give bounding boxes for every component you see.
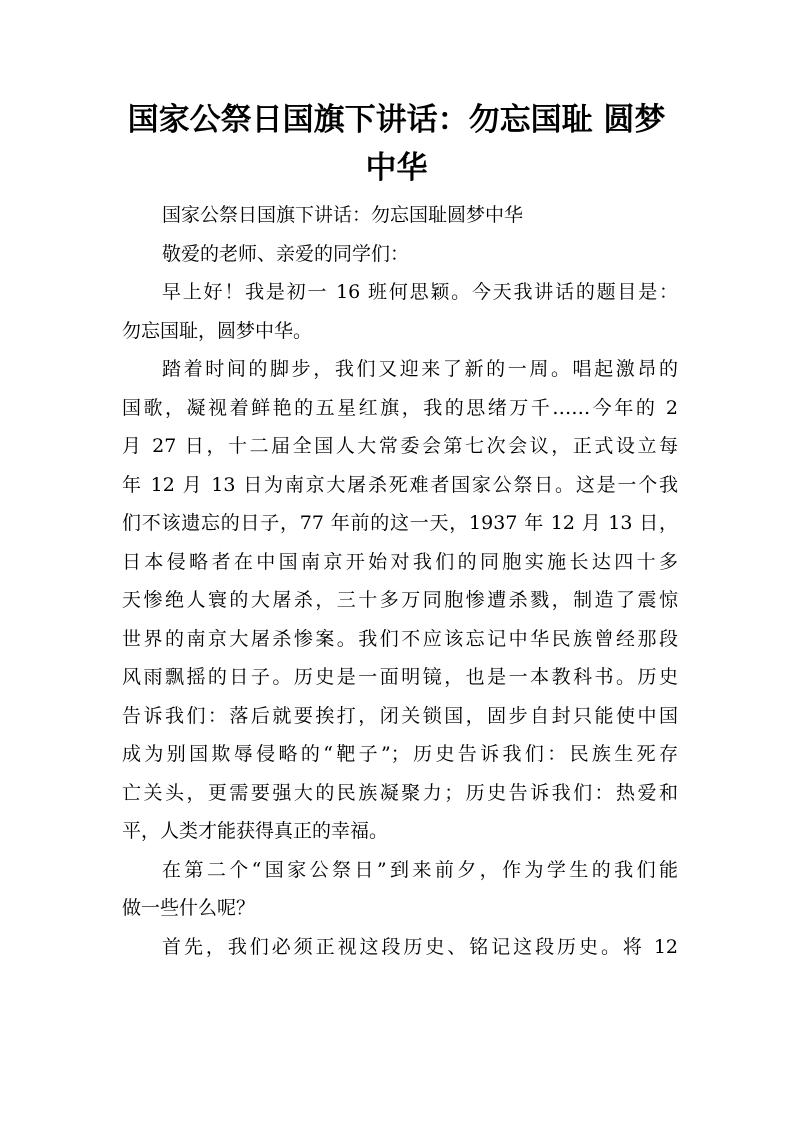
paragraph-salutation: 敬爱的老师、亲爱的同学们： [122,235,678,274]
document-title: 国家公祭日国旗下讲话：勿忘国耻 圆梦 中华 [100,96,693,192]
text-line: 天惨绝人寰的大屠杀，三十多万同胞惨遭杀戮，制造了震惊 [122,581,678,620]
paragraph-greeting: 早上好！我是初一 16 班何思颖。今天我讲话的题目是： 勿忘国耻，圆梦中华。 [122,273,678,350]
text-line: 成为别国欺辱侵略的“靶子”；历史告诉我们：民族生死存 [122,735,678,774]
document-page: 国家公祭日国旗下讲话：勿忘国耻 圆梦 中华 国家公祭日国旗下讲话：勿忘国耻圆梦中… [0,0,793,1122]
title-line: 国家公祭日国旗下讲话：勿忘国耻 圆梦 [100,96,693,144]
text-line: 告诉我们：落后就要挨打，闭关锁国，固步自封只能使中国 [122,697,678,736]
document-body: 国家公祭日国旗下讲话：勿忘国耻圆梦中华 敬爱的老师、亲爱的同学们： 早上好！我是… [122,196,678,966]
text-line: 世界的南京大屠杀惨案。我们不应该忘记中华民族曾经那段 [122,620,678,659]
text-line: 敬爱的老师、亲爱的同学们： [122,235,678,274]
text-line: 风雨飘摇的日子。历史是一面明镜，也是一本教科书。历史 [122,658,678,697]
text-line: 首先，我们必须正视这段历史、铭记这段历史。将 12 [122,928,678,967]
paragraph-history: 踏着时间的脚步，我们又迎来了新的一周。唱起激昂的 国歌，凝视着鲜艳的五星红旗，我… [122,350,678,851]
text-line: 月 27 日，十二届全国人大常委会第七次会议，正式设立每 [122,427,678,466]
text-line: 国家公祭日国旗下讲话：勿忘国耻圆梦中华 [122,196,678,235]
text-line: 勿忘国耻，圆梦中华。 [122,312,678,351]
paragraph-question: 在第二个“国家公祭日”到来前夕，作为学生的我们能 做一些什么呢？ [122,851,678,928]
text-line: 亡关头，更需要强大的民族凝聚力；历史告诉我们：热爱和 [122,774,678,813]
text-line: 踏着时间的脚步，我们又迎来了新的一周。唱起激昂的 [122,350,678,389]
text-line: 国歌，凝视着鲜艳的五星红旗，我的思绪万千……今年的 2 [122,389,678,428]
text-line: 做一些什么呢？ [122,889,678,928]
paragraph-first-point: 首先，我们必须正视这段历史、铭记这段历史。将 12 [122,928,678,967]
text-line: 年 12 月 13 日为南京大屠杀死难者国家公祭日。这是一个我 [122,466,678,505]
text-line: 日本侵略者在中国南京开始对我们的同胞实施长达四十多 [122,543,678,582]
text-line: 早上好！我是初一 16 班何思颖。今天我讲话的题目是： [122,273,678,312]
text-line: 在第二个“国家公祭日”到来前夕，作为学生的我们能 [122,851,678,890]
text-line: 们不该遗忘的日子，77 年前的这一天，1937 年 12 月 13 日， [122,504,678,543]
paragraph-subtitle: 国家公祭日国旗下讲话：勿忘国耻圆梦中华 [122,196,678,235]
title-line: 中华 [100,144,693,192]
text-line: 平，人类才能获得真正的幸福。 [122,812,678,851]
